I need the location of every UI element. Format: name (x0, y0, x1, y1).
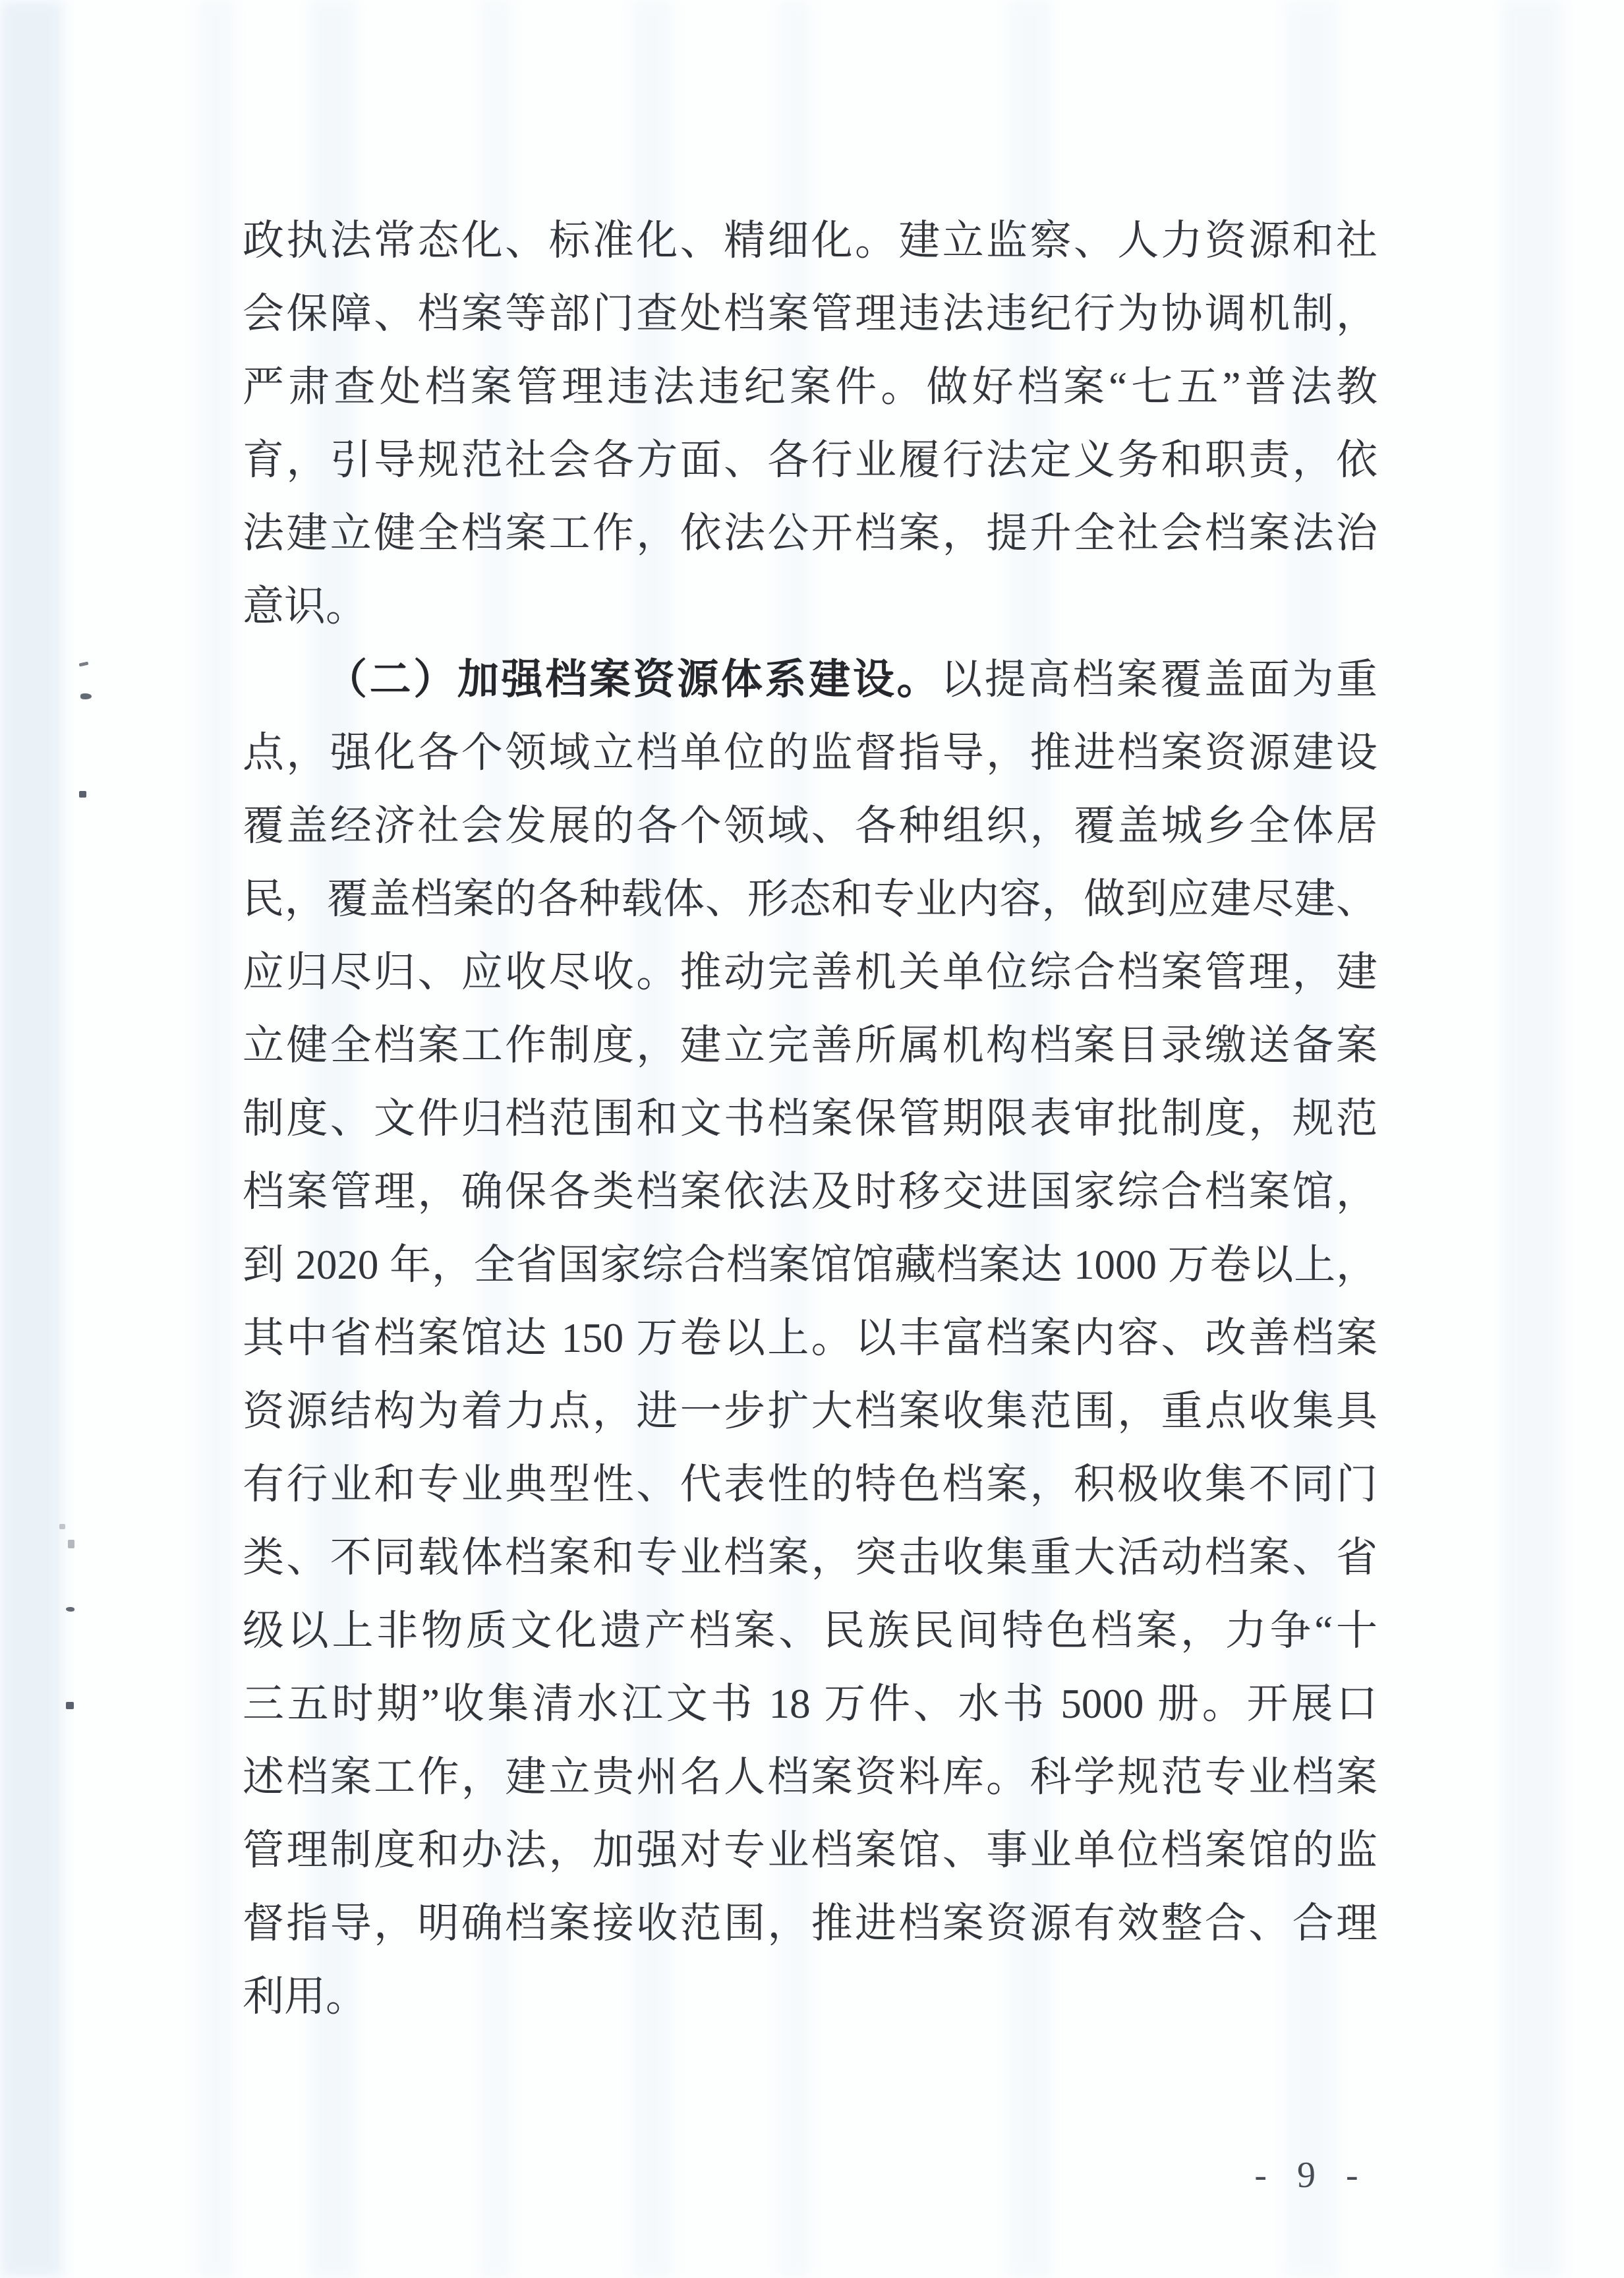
text-segment: 档案管理，确保各类档案依法及时移交进国家综合档案馆， (243, 1169, 1377, 1215)
scan-speck (66, 1607, 74, 1612)
text-segment: 立健全档案工作制度，建立完善所属机构档案目录缴送备案 (243, 1022, 1377, 1068)
text-segment: 会保障、档案等部门查处档案管理违法违纪行为协调机制， (243, 291, 1377, 337)
text-line: 应归尽归、应收尽收。推动完善机关单位综合档案管理，建 (243, 936, 1377, 1009)
scan-streak (0, 0, 63, 2278)
text-segment: 三五时期”收集清水江文书 18 万件、水书 5000 册。开展口 (243, 1681, 1377, 1727)
scan-streak (198, 0, 234, 2278)
text-line: 利用。 (243, 1960, 1377, 2033)
text-line: 覆盖经济社会发展的各个领域、各种组织，覆盖城乡全体居 (243, 790, 1377, 863)
text-segment: 法建立健全档案工作，依法公开档案，提升全社会档案法治 (243, 510, 1377, 556)
text-line: 管理制度和办法，加强对专业档案馆、事业单位档案馆的监 (243, 1814, 1377, 1887)
text-line: 三五时期”收集清水江文书 18 万件、水书 5000 册。开展口 (243, 1668, 1377, 1741)
text-line: 制度、文件归档范围和文书档案保管期限表审批制度，规范 (243, 1082, 1377, 1155)
text-segment: 政执法常态化、标准化、精细化。建立监察、人力资源和社 (243, 218, 1377, 264)
text-line: 点，强化各个领域立档单位的监督指导，推进档案资源建设 (243, 716, 1377, 790)
text-line: 民，覆盖档案的各种载体、形态和专业内容，做到应建尽建、 (243, 863, 1377, 936)
text-segment: 述档案工作，建立贵州名人档案资料库。科学规范专业档案 (243, 1754, 1377, 1800)
text-segment: 类、不同载体档案和专业档案，突击收集重大活动档案、省 (243, 1534, 1377, 1581)
text-line: 级以上非物质文化遗产档案、民族民间特色档案，力争“十 (243, 1594, 1377, 1668)
scan-speck (66, 1702, 74, 1709)
text-segment: 点，强化各个领域立档单位的监督指导，推进档案资源建设 (243, 730, 1377, 776)
scan-streak (1503, 0, 1562, 2278)
text-segment: 其中省档案馆达 150 万卷以上。以丰富档案内容、改善档案 (243, 1315, 1377, 1361)
text-line: 述档案工作，建立贵州名人档案资料库。科学规范专业档案 (243, 1741, 1377, 1814)
text-line: 资源结构为着力点，进一步扩大档案收集范围，重点收集具 (243, 1375, 1377, 1448)
text-segment: 级以上非物质文化遗产档案、民族民间特色档案，力争“十 (243, 1608, 1377, 1654)
text-line: 类、不同载体档案和专业档案，突击收集重大活动档案、省 (243, 1521, 1377, 1594)
text-segment: 到 2020 年，全省国家综合档案馆馆藏档案达 1000 万卷以上， (243, 1242, 1377, 1288)
text-line: 其中省档案馆达 150 万卷以上。以丰富档案内容、改善档案 (243, 1302, 1377, 1375)
text-segment: 有行业和专业典型性、代表性的特色档案，积极收集不同门 (243, 1461, 1377, 1507)
text-segment: 督指导，明确档案接收范围，推进档案资源有效整合、合理 (243, 1900, 1377, 1946)
text-line: 严肃查处档案管理违法违纪案件。做好档案“七五”普法教 (243, 351, 1377, 424)
text-segment: 意识。 (243, 583, 367, 629)
scan-speck (80, 693, 92, 699)
document-body: 政执法常态化、标准化、精细化。建立监察、人力资源和社会保障、档案等部门查处档案管… (243, 204, 1377, 2033)
text-segment: 制度、文件归档范围和文书档案保管期限表审批制度，规范 (243, 1095, 1377, 1142)
text-segment: 严肃查处档案管理违法违纪案件。做好档案“七五”普法教 (243, 364, 1377, 410)
text-segment: 应归尽归、应收尽收。推动完善机关单位综合档案管理，建 (243, 949, 1377, 995)
scan-speck (68, 1540, 74, 1548)
text-line: 会保障、档案等部门查处档案管理违法违纪行为协调机制， (243, 277, 1377, 351)
text-segment: 管理制度和办法，加强对专业档案馆、事业单位档案馆的监 (243, 1827, 1377, 1873)
text-line: 育，引导规范社会各方面、各行业履行法定义务和职责，依 (243, 424, 1377, 497)
scan-speck (79, 791, 86, 798)
text-line: 政执法常态化、标准化、精细化。建立监察、人力资源和社 (243, 204, 1377, 277)
text-line: 有行业和专业典型性、代表性的特色档案，积极收集不同门 (243, 1448, 1377, 1521)
scan-speck (79, 662, 89, 667)
page-number: - 9 - (1206, 2154, 1417, 2196)
text-segment: 育，引导规范社会各方面、各行业履行法定义务和职责，依 (243, 437, 1377, 483)
text-segment: 民，覆盖档案的各种载体、形态和专业内容，做到应建尽建、 (243, 876, 1377, 922)
text-segment: 以提高档案覆盖面为重 (941, 657, 1377, 703)
scan-speck (59, 1524, 65, 1529)
text-segment: 覆盖经济社会发展的各个领域、各种组织，覆盖城乡全体居 (243, 803, 1377, 849)
text-line: （二）加强档案资源体系建设。以提高档案覆盖面为重 (243, 643, 1377, 716)
text-line: 到 2020 年，全省国家综合档案馆馆藏档案达 1000 万卷以上， (243, 1229, 1377, 1302)
text-segment: 资源结构为着力点，进一步扩大档案收集范围，重点收集具 (243, 1388, 1377, 1434)
text-line: 立健全档案工作制度，建立完善所属机构档案目录缴送备案 (243, 1009, 1377, 1082)
text-line: 法建立健全档案工作，依法公开档案，提升全社会档案法治 (243, 497, 1377, 570)
text-line: 督指导，明确档案接收范围，推进档案资源有效整合、合理 (243, 1887, 1377, 1960)
scanned-page: 政执法常态化、标准化、精细化。建立监察、人力资源和社会保障、档案等部门查处档案管… (0, 0, 1624, 2278)
text-segment: 利用。 (243, 1973, 367, 2020)
section-heading: （二）加强档案资源体系建设。 (326, 657, 941, 703)
text-line: 意识。 (243, 570, 1377, 643)
text-line: 档案管理，确保各类档案依法及时移交进国家综合档案馆， (243, 1155, 1377, 1229)
